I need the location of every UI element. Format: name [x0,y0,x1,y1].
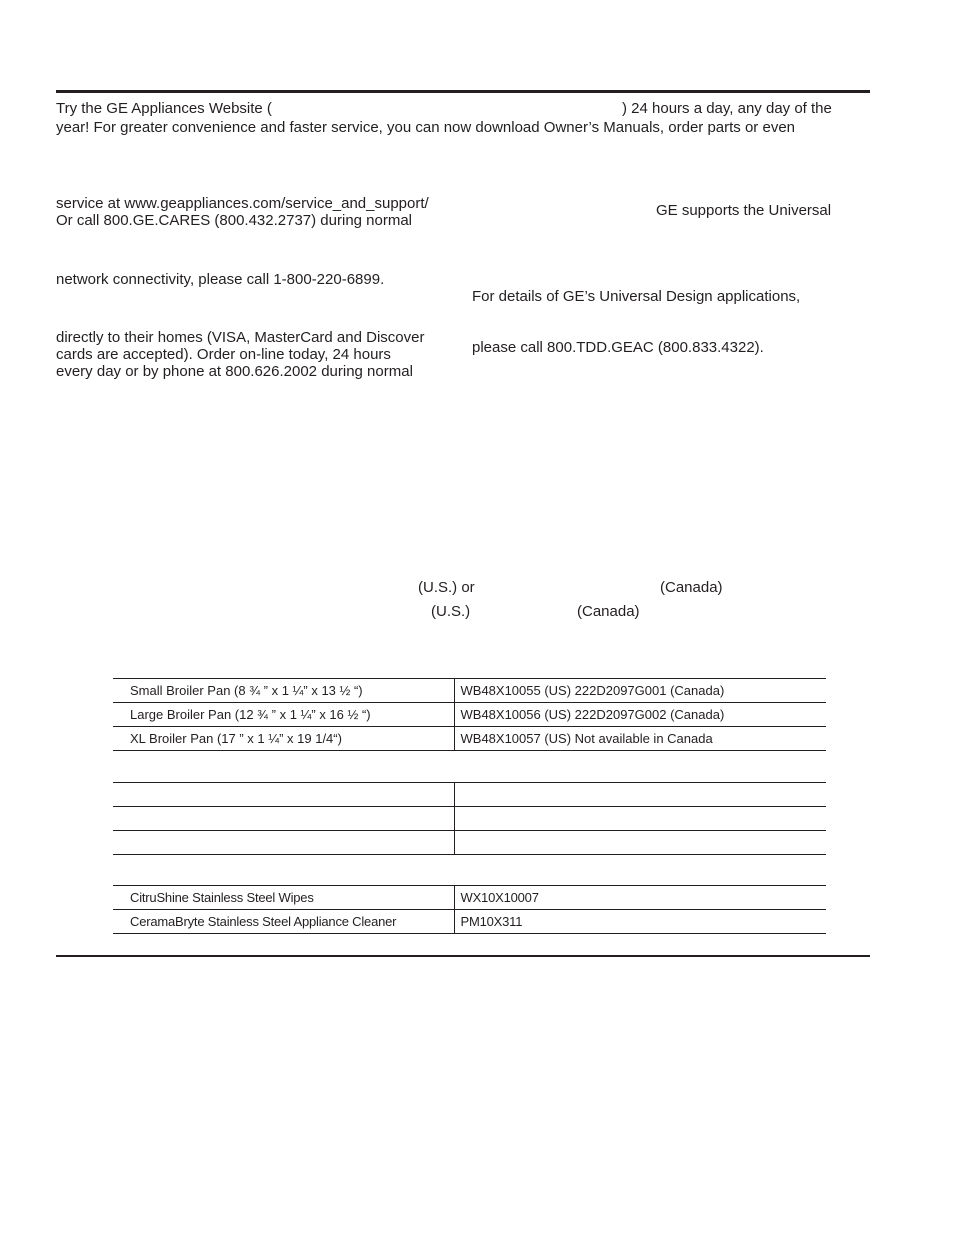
item-cell [113,783,454,807]
accessory-us-label-1: (U.S.) or [418,579,475,596]
part-number-cell: WB48X10056 (US) 222D2097G002 (Canada) [454,703,826,727]
parts-order-line3: every day or by phone at 800.626.2002 du… [56,363,413,380]
table-row: Large Broiler Pan (12 ¾ ” x 1 ¼” x 16 ½ … [113,703,826,727]
intro-line2: year! For greater convenience and faster… [56,119,795,136]
item-cell: CitruShine Stainless Steel Wipes [113,886,454,910]
part-number-cell [454,831,826,855]
top-rule [56,90,870,93]
part-number-cell: WX10X10007 [454,886,826,910]
part-number-cell: WB48X10057 (US) Not available in Canada [454,727,826,751]
table-row: XL Broiler Pan (17 ” x 1 ¼” x 19 1/4“) W… [113,727,826,751]
accessory-table-blank [113,782,826,855]
part-number-cell [454,783,826,807]
item-cell: XL Broiler Pan (17 ” x 1 ¼” x 19 1/4“) [113,727,454,751]
part-number-cell: PM10X311 [454,910,826,934]
table-row: CeramaBryte Stainless Steel Appliance Cl… [113,910,826,934]
service-url-line: service at www.geappliances.com/service_… [56,195,429,212]
accessory-canada-label-2: (Canada) [577,603,640,620]
table-row [113,831,826,855]
tdd-phone-line: please call 800.TDD.GEAC (800.833.4322). [472,339,764,356]
part-number-cell [454,807,826,831]
network-connectivity-line: network connectivity, please call 1-800-… [56,271,384,288]
intro-line1-start: Try the GE Appliances Website ( [56,100,272,117]
accessory-canada-label-1: (Canada) [660,579,723,596]
table-row [113,783,826,807]
table-row: Small Broiler Pan (8 ¾ ” x 1 ¼” x 13 ½ “… [113,679,826,703]
table-row: CitruShine Stainless Steel Wipes WX10X10… [113,886,826,910]
cleaner-table: CitruShine Stainless Steel Wipes WX10X10… [113,885,826,934]
part-number-cell: WB48X10055 (US) 222D2097G001 (Canada) [454,679,826,703]
intro-line1-end: ) 24 hours a day, any day of the [622,100,832,117]
item-cell [113,807,454,831]
item-cell: Small Broiler Pan (8 ¾ ” x 1 ¼” x 13 ½ “… [113,679,454,703]
accessory-us-label-2: (U.S.) [431,603,470,620]
item-cell: CeramaBryte Stainless Steel Appliance Cl… [113,910,454,934]
table-row [113,807,826,831]
item-cell [113,831,454,855]
universal-design-details-line: For details of GE’s Universal Design app… [472,288,800,305]
parts-order-line1: directly to their homes (VISA, MasterCar… [56,329,424,346]
item-cell: Large Broiler Pan (12 ¾ ” x 1 ¼” x 16 ½ … [113,703,454,727]
broiler-pan-table: Small Broiler Pan (8 ¾ ” x 1 ¼” x 13 ½ “… [113,678,826,751]
parts-order-line2: cards are accepted). Order on-line today… [56,346,391,363]
universal-design-line: GE supports the Universal [656,202,831,219]
service-phone-line: Or call 800.GE.CARES (800.432.2737) duri… [56,212,412,229]
bottom-rule [56,955,870,957]
